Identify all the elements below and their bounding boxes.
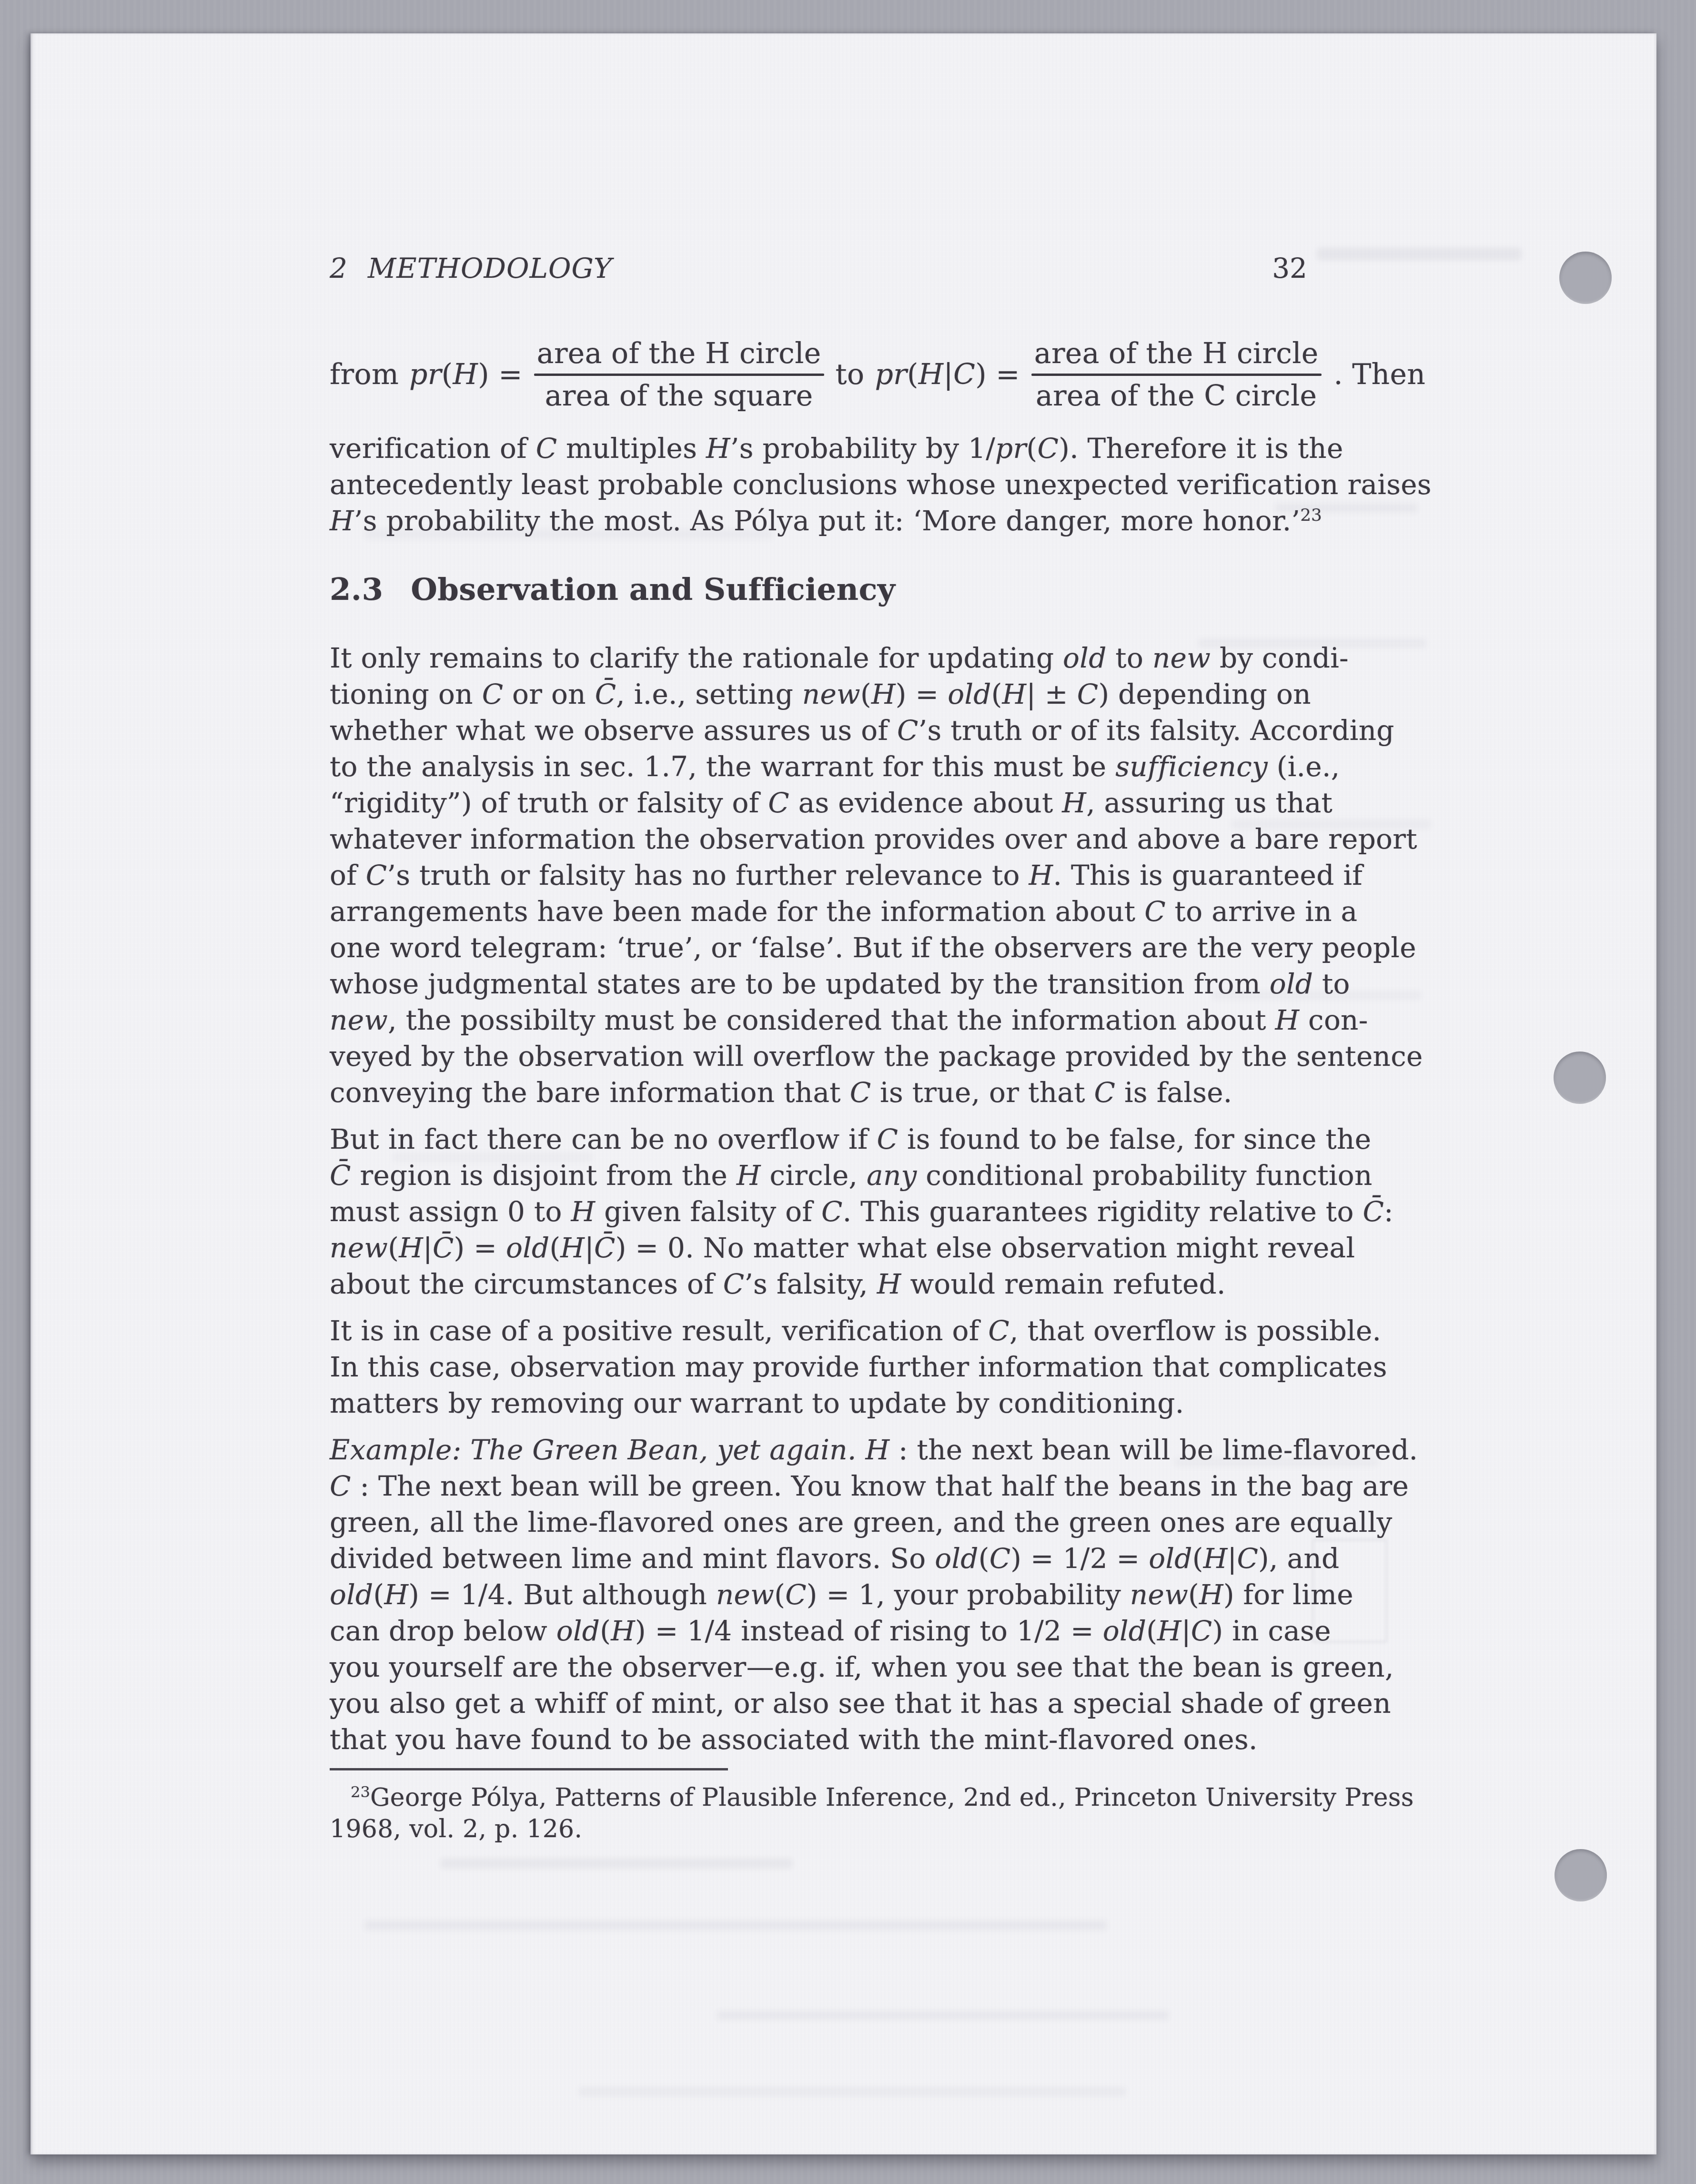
bleedthrough-mark — [393, 1153, 593, 1162]
text-line: Example: The Green Bean, yet again. H : … — [330, 1432, 1307, 1468]
text-line: 23George Pólya, Patterns of Plausible In… — [330, 1782, 1307, 1813]
fraction-2-numerator: area of the H circle — [1031, 338, 1322, 369]
text-line: C : The next bean will be green. You kno… — [330, 1468, 1307, 1504]
running-header-left: 2METHODOLOGY — [330, 252, 612, 285]
bleedthrough-mark — [1198, 638, 1426, 648]
text-line: matters by removing our warrant to updat… — [330, 1385, 1307, 1421]
bleedthrough-mark — [717, 2011, 1169, 2020]
bleedthrough-mark — [1174, 1458, 1379, 1466]
book-page: 2METHODOLOGY 32 from pr(H) = area of the… — [30, 33, 1656, 2154]
chapter-number: 2 — [330, 252, 348, 284]
paragraph-positive-result: It is in case of a positive result, veri… — [330, 1313, 1307, 1421]
text-line: green, all the lime-flavored ones are gr… — [330, 1504, 1307, 1540]
paragraph-no-overflow: But in fact there can be no overflow if … — [330, 1121, 1307, 1302]
bleedthrough-mark — [1275, 503, 1418, 513]
bleedthrough-mark — [1212, 991, 1422, 1000]
text-line: It is in case of a positive result, veri… — [330, 1313, 1307, 1349]
bleedthrough-mark — [1317, 248, 1522, 260]
fraction-1-numerator: area of the H circle — [534, 338, 824, 369]
equation-prefix: from — [330, 356, 399, 393]
text-line: whatever information the observation pro… — [330, 821, 1307, 857]
display-equation: from pr(H) = area of the H circle area o… — [330, 334, 1307, 415]
text-line: veyed by the observation will overflow t… — [330, 1038, 1307, 1074]
paragraph-verification: verification of C multiples H’s probabil… — [330, 430, 1307, 539]
equation-lhs-2: pr(H|C) = — [875, 356, 1020, 393]
text-line: divided between lime and mint flavors. S… — [330, 1540, 1307, 1577]
fraction-1-bar — [534, 374, 824, 376]
equation-suffix: . Then — [1334, 356, 1426, 393]
text-line: one word telegram: ‘true’, or ‘false’. B… — [330, 930, 1307, 966]
bleedthrough-mark — [364, 529, 774, 539]
punch-hole-bottom — [1555, 1849, 1607, 1901]
bleedthrough-mark — [578, 2087, 1126, 2096]
scanned-page-photo: { "colors": { "paper": "#f2f2f5", "backd… — [0, 0, 1696, 2184]
text-line: new(H|C̄) = old(H|C̄) = 0. No matter wha… — [330, 1230, 1307, 1266]
running-header: 2METHODOLOGY 32 — [330, 252, 1307, 285]
section-heading-number: 2.3 — [330, 571, 383, 609]
section-heading-title: Observation and Sufficiency — [411, 571, 895, 609]
fraction-2-bar — [1031, 374, 1322, 376]
paragraph-rationale: It only remains to clarify the rationale… — [330, 640, 1307, 1111]
punch-hole-top — [1559, 252, 1612, 304]
text-line: But in fact there can be no overflow if … — [330, 1121, 1307, 1157]
text-line: you also get a whiff of mint, or also se… — [330, 1685, 1307, 1721]
text-line: verification of C multiples H’s probabil… — [330, 430, 1307, 466]
text-line: In this case, observation may provide fu… — [330, 1349, 1307, 1385]
text-line: C̄ region is disjoint from the H circle,… — [330, 1157, 1307, 1193]
text-line: whether what we observe assures us of C’… — [330, 712, 1307, 748]
bleedthrough-mark — [440, 1858, 793, 1869]
text-line: old(H) = 1/4. But although new(C) = 1, y… — [330, 1577, 1307, 1613]
bleedthrough-mark — [364, 1920, 1107, 1931]
text-column: from pr(H) = area of the H circle area o… — [330, 334, 1307, 1845]
text-line: you yourself are the observer—e.g. if, w… — [330, 1649, 1307, 1685]
text-line: It only remains to clarify the rationale… — [330, 640, 1307, 676]
text-line: whose judgmental states are to be update… — [330, 966, 1307, 1002]
text-line: 1968, vol. 2, p. 126. — [330, 1813, 1307, 1845]
text-line: antecedently least probable conclusions … — [330, 466, 1307, 503]
fraction-1: area of the H circle area of the square — [534, 338, 824, 412]
page-number: 32 — [1272, 252, 1307, 285]
bleedthrough-mark — [1231, 819, 1431, 829]
chapter-title: METHODOLOGY — [368, 252, 612, 284]
bleedthrough-box — [1312, 1539, 1387, 1643]
text-line: arrangements have been made for the info… — [330, 893, 1307, 930]
text-line: tioning on C or on C̄, i.e., setting new… — [330, 676, 1307, 712]
text-line: new, the possibilty must be considered t… — [330, 1002, 1307, 1038]
text-line: of C’s truth or falsity has no further r… — [330, 857, 1307, 893]
text-line: to the analysis in sec. 1.7, the warrant… — [330, 748, 1307, 785]
fraction-2: area of the H circle area of the C circl… — [1031, 338, 1322, 412]
text-line: conveying the bare information that C is… — [330, 1074, 1307, 1111]
section-heading: 2.3 Observation and Sufficiency — [330, 571, 1307, 609]
fraction-2-denominator: area of the C circle — [1033, 380, 1320, 412]
text-line: about the circumstances of C’s falsity, … — [330, 1266, 1307, 1302]
text-line: that you have found to be associated wit… — [330, 1721, 1307, 1758]
text-line: can drop below old(H) = 1/4 instead of r… — [330, 1613, 1307, 1649]
text-line: must assign 0 to H given falsity of C. T… — [330, 1193, 1307, 1230]
text-line: “rigidity”) of truth or falsity of C as … — [330, 785, 1307, 821]
equation-lhs-1: pr(H) = — [409, 356, 523, 393]
fraction-1-denominator: area of the square — [542, 380, 816, 412]
equation-connector: to — [836, 356, 865, 393]
footnote-rule — [330, 1768, 728, 1770]
paragraph-green-bean-example: Example: The Green Bean, yet again. H : … — [330, 1432, 1307, 1758]
footnote: 23George Pólya, Patterns of Plausible In… — [330, 1782, 1307, 1845]
punch-hole-middle — [1554, 1052, 1606, 1104]
